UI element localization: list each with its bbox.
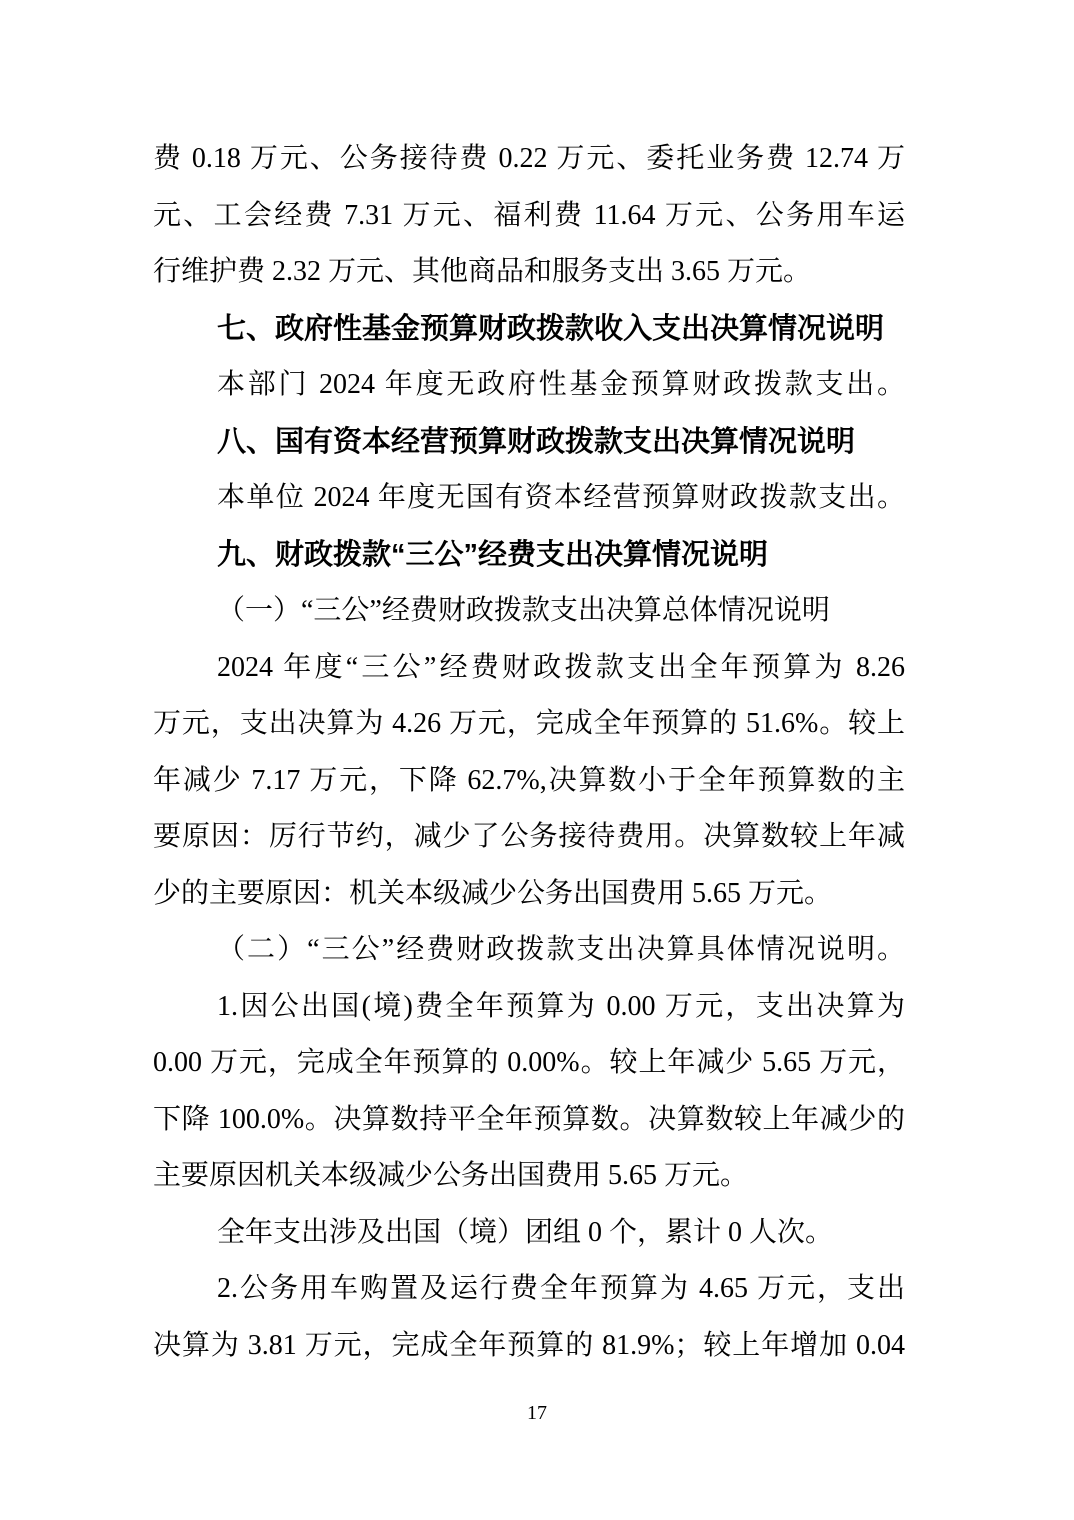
body-text-line: 2.公务用车购置及运行费全年预算为 4.65 万元，支出 xyxy=(153,1261,905,1318)
page-number: 17 xyxy=(0,1402,1074,1425)
body-text-line: 1.因公出国(境)费全年预算为 0.00 万元，支出决算为 xyxy=(153,979,905,1036)
section-heading: 七、政府性基金预算财政拨款收入支出决算情况说明 xyxy=(153,301,905,358)
section-heading: 九、财政拨款“三公”经费支出决算情况说明 xyxy=(153,527,905,584)
body-text-line: 主要原因机关本级减少公务出国费用 5.65 万元。 xyxy=(153,1148,905,1205)
body-text-line: 本部门 2024 年度无政府性基金预算财政拨款支出。 xyxy=(153,357,905,414)
body-text-line: 0.00 万元，完成全年预算的 0.00%。较上年减少 5.65 万元， xyxy=(153,1035,905,1092)
body-text-line: （二）“三公”经费财政拨款支出决算具体情况说明。 xyxy=(153,922,905,979)
body-text-line: 全年支出涉及出国（境）团组 0 个，累计 0 人次。 xyxy=(153,1205,905,1262)
body-text-line: 元、工会经费 7.31 万元、福利费 11.64 万元、公务用车运 xyxy=(153,188,905,245)
body-text-line: 万元，支出决算为 4.26 万元，完成全年预算的 51.6%。较上 xyxy=(153,696,905,753)
document-page: 费 0.18 万元、公务接待费 0.22 万元、委托业务费 12.74 万元、工… xyxy=(0,0,1074,1520)
body-text-line: 要原因：厉行节约，减少了公务接待费用。决算数较上年减 xyxy=(153,809,905,866)
body-text-line: 年减少 7.17 万元，下降 62.7%,决算数小于全年预算数的主 xyxy=(153,753,905,810)
document-text-block: 费 0.18 万元、公务接待费 0.22 万元、委托业务费 12.74 万元、工… xyxy=(153,131,905,1374)
body-text-line: 2024 年度“三公”经费财政拨款支出全年预算为 8.26 xyxy=(153,640,905,697)
body-text-line: 少的主要原因：机关本级减少公务出国费用 5.65 万元。 xyxy=(153,866,905,923)
section-heading: 八、国有资本经营预算财政拨款支出决算情况说明 xyxy=(153,414,905,471)
body-text-line: 决算为 3.81 万元，完成全年预算的 81.9%；较上年增加 0.04 xyxy=(153,1318,905,1375)
body-text-line: 本单位 2024 年度无国有资本经营预算财政拨款支出。 xyxy=(153,470,905,527)
body-text-line: 费 0.18 万元、公务接待费 0.22 万元、委托业务费 12.74 万 xyxy=(153,131,905,188)
body-text-line: （一）“三公”经费财政拨款支出决算总体情况说明 xyxy=(153,583,905,640)
body-text-line: 下降 100.0%。决算数持平全年预算数。决算数较上年减少的 xyxy=(153,1092,905,1149)
body-text-line: 行维护费 2.32 万元、其他商品和服务支出 3.65 万元。 xyxy=(153,244,905,301)
